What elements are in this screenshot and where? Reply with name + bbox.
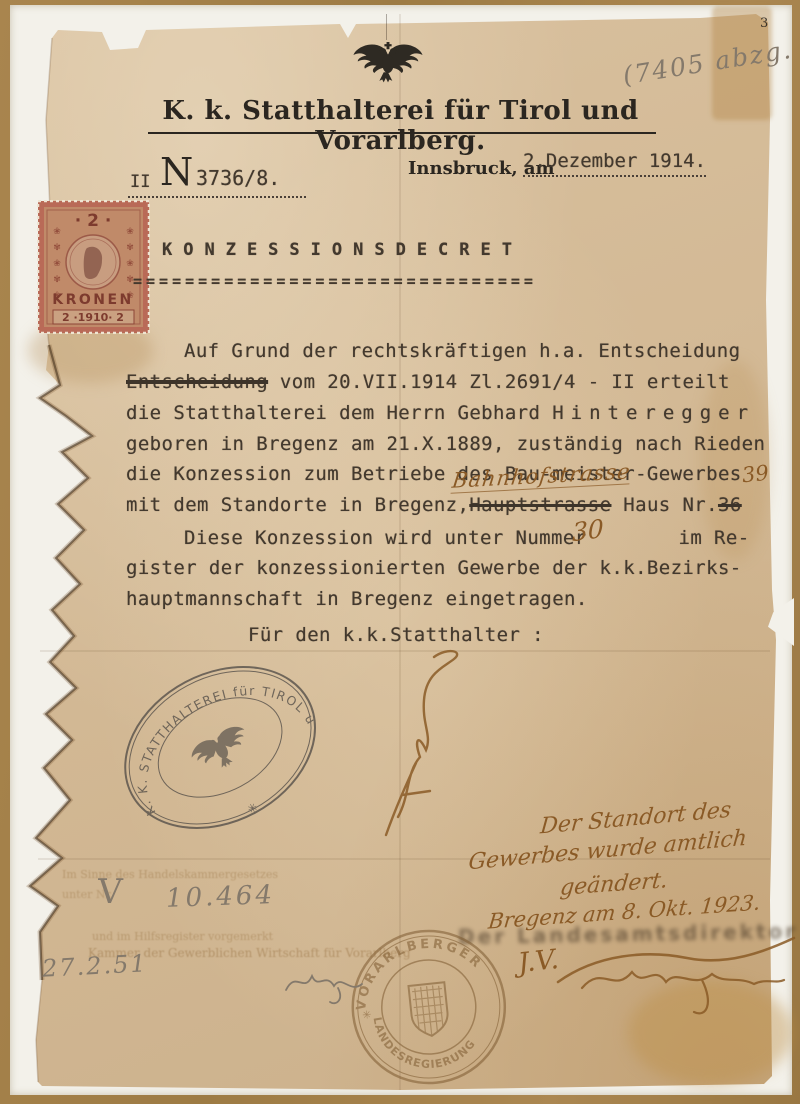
ref-underline: [128, 196, 306, 198]
body-line-6: mit dem Standorte in Bregenz,Hauptstrass…: [126, 494, 742, 516]
body-line-6-text: mit dem Standorte in Bregenz,: [126, 494, 469, 516]
pencil-date: 27.2.51: [41, 949, 148, 982]
revenue-stamp: ❀✾❀✾❀ ❀✾❀✾❀ · 2 · KRONEN 2 ·1910· 2: [37, 200, 150, 338]
svg-text:❀: ❀: [53, 227, 61, 237]
body-line-6b-text: Haus Nr.: [611, 494, 718, 516]
body-line-7b-text: im Re-: [679, 527, 750, 549]
register-number-handwritten: 30: [572, 514, 604, 548]
stamp-currency: KRONEN: [52, 292, 134, 308]
pencil-number: 10.464: [166, 880, 276, 914]
body-line-8: gister der konzessionierten Gewerbe der …: [126, 557, 742, 579]
svg-text:✾: ✾: [53, 243, 61, 253]
ref-prefix: II: [130, 172, 150, 192]
page-number: 3: [760, 16, 768, 31]
body-line-3-text: die Statthalterei dem Herrn Gebhard: [126, 402, 552, 424]
ref-number: 3736/8.: [196, 166, 280, 190]
pencil-signature: [282, 958, 366, 1006]
struck-word: Entscheidung: [126, 371, 268, 393]
decree-underline: ===============================: [133, 272, 537, 290]
oval-stamp-star: ✳: [245, 800, 260, 817]
svg-text:❀: ❀: [53, 259, 61, 269]
body-line-5: die Konzession zum Betriebe des Bau-meis…: [126, 463, 742, 485]
statthalter-signature: [372, 645, 467, 845]
faint-remark-line-1: Im Sinne des Handelskammergesetzes: [62, 868, 278, 881]
decree-title: KONZESSIONSDECRET: [162, 240, 523, 260]
document-date: 2.Dezember 1914.: [523, 150, 706, 177]
body-line-7-text: Diese Konzession wird unter Nummer: [184, 527, 587, 549]
svg-text:✾: ✾: [53, 275, 61, 285]
body-line-9: hauptmannschaft in Bregenz eingetragen.: [126, 588, 588, 610]
body-line-3: die Statthalterei dem Herrn Gebhard Hint…: [126, 402, 755, 424]
stamp-top-value: · 2 ·: [75, 211, 112, 231]
round-stamp-bottom-text: LANDESREGIERUNG: [370, 1006, 480, 1076]
stamp-year-band: 2 ·1910· 2: [62, 311, 124, 324]
svg-text:LANDESREGIERUNG: LANDESREGIERUNG: [370, 1006, 480, 1076]
svg-text:❀: ❀: [126, 227, 134, 237]
title-underline: [148, 132, 656, 134]
round-stamp-star-left: ✳: [362, 1008, 373, 1022]
struck-street: Hauptstrasse: [469, 494, 611, 516]
svg-text:✾: ✾: [126, 243, 134, 253]
svg-text:❀: ❀: [126, 259, 134, 269]
ref-letter: N: [160, 150, 193, 194]
body-line-4: geboren in Bregenz am 21.X.1889, zuständ…: [126, 433, 765, 455]
correction-house-number: 39: [741, 461, 770, 488]
struck-house-number: 36: [718, 494, 742, 516]
body-line-7: Diese Konzession wird unter Nummerim Re-: [126, 527, 750, 549]
body-line-2-rest: vom 20.VII.1914 Zl.2691/4 - II erteilt: [268, 371, 730, 393]
double-eagle-icon: [352, 36, 424, 84]
official-signature: [552, 922, 800, 1022]
body-line-2: Entscheidung vom 20.VII.1914 Zl.2691/4 -…: [126, 371, 730, 393]
pencil-tick: V: [95, 872, 125, 912]
body-line-1: Auf Grund der rechtskräftigen h.a. Entsc…: [126, 340, 740, 362]
authority-title: K. k. Statthalterei für Tirol und Vorarl…: [128, 96, 673, 156]
faint-remark-line-3: und im Hilfsregister vorgemerkt: [92, 930, 273, 943]
concession-holder-name: Hinteregger: [552, 402, 755, 424]
